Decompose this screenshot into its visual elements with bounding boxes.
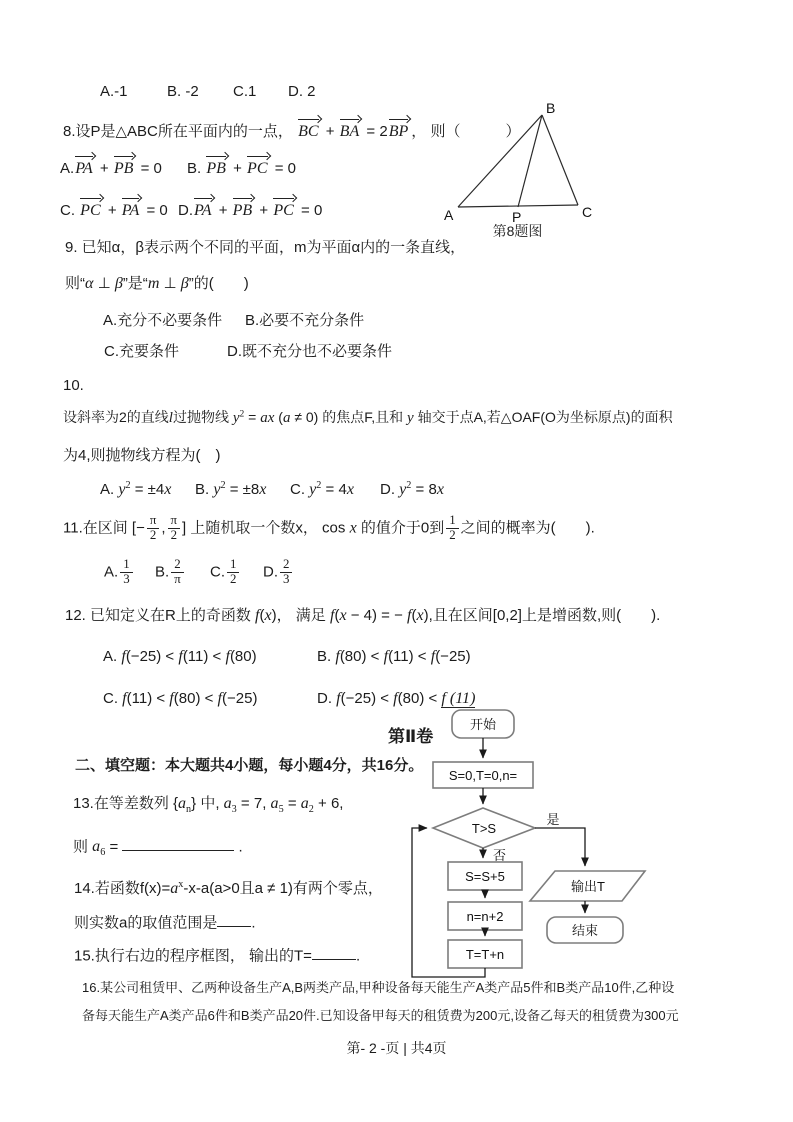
math-token: ,: [161, 519, 165, 536]
q11-options-row: A.13 B.2π C.12 D.23: [104, 558, 294, 587]
math-token: 12. 已知定义在R上的奇函数: [65, 607, 255, 624]
math-token: = 8: [411, 481, 436, 498]
math-token: a3: [224, 795, 237, 812]
math-token: D.: [380, 481, 399, 498]
q9-stem-line1: 9. 已知α，β表示两个不同的平面，m为平面α内的一条直线，: [65, 238, 465, 258]
math-token: A.: [60, 160, 74, 177]
q8-options-row-2: C. PC + PA = 0 D.PA + PB + PC = 0: [60, 197, 322, 222]
flow-arrow-yes-branch: [535, 828, 585, 866]
math-token: A.: [100, 481, 118, 498]
triangle-label-c: C: [582, 204, 592, 220]
math-token: +: [255, 202, 272, 219]
q10-options-row: A. y2 = ±4x B. y2 = ±8x C. y2 = 4x D. y2…: [100, 479, 444, 501]
q13-stem-line1: 13.在等差数列 {an} 中, a3 = 7, a5 = a2 + 6,: [73, 794, 343, 816]
flow-step3-label: T=T+n: [466, 947, 504, 962]
q7-options-row: A.-1 B. -2 C.1 D. 2: [100, 82, 316, 102]
math-token: +: [215, 202, 232, 219]
math-token: BC: [298, 121, 319, 143]
math-token: [312, 945, 356, 960]
math-token: y2: [399, 481, 411, 498]
math-token: m: [148, 275, 160, 292]
q15-flowchart: 开始 S=0,T=0,n= T>S 是 否 S=S+5 n=n+2 T=T+n …: [405, 700, 650, 992]
math-token: C.: [290, 481, 309, 498]
math-token: A.: [104, 563, 118, 580]
math-token: a6: [92, 838, 105, 855]
q9-option-c: C.充要条件: [104, 342, 227, 362]
math-token: 11.在区间 [−: [63, 519, 145, 536]
math-token: ⊥: [93, 275, 114, 292]
math-token: 则实数a的取值范围是: [74, 914, 217, 931]
math-token: [217, 912, 251, 927]
q10-option-d: D. y2 = 8x: [380, 479, 444, 501]
flow-end-label: 结束: [572, 923, 598, 938]
flow-no-label: 否: [493, 848, 506, 863]
math-token: -x-a(a>0且a ≠ 1)有两个零点，: [183, 880, 383, 897]
q12-option-b: B. f(80) < f(11) < f(−25): [317, 647, 471, 668]
q7-option-b: B. -2: [167, 82, 233, 102]
math-token: D.: [263, 563, 278, 580]
math-token: β: [115, 275, 123, 292]
q11-option-b: B.2π: [155, 558, 210, 587]
math-token: (80) <: [174, 690, 218, 707]
q8-diagram-caption: 第8题图: [450, 221, 585, 241]
math-token: ax: [260, 410, 274, 426]
q9-stem-line2: 则“α ⊥ β”是“m ⊥ β”的( ): [65, 274, 249, 295]
q10-option-b: B. y2 = ±8x: [195, 479, 290, 501]
math-token: B.: [195, 481, 213, 498]
q12-stem: 12. 已知定义在R上的奇函数 f(x)， 满足 f(x − 4) = − f(…: [65, 606, 660, 627]
math-token: +: [322, 123, 339, 140]
flow-output-label: 输出T: [571, 879, 605, 894]
math-token: = ±4: [131, 481, 165, 498]
math-token: A.: [103, 648, 121, 665]
math-token: + 6,: [314, 795, 344, 812]
math-token: 则“: [65, 275, 85, 292]
math-token: π2: [147, 514, 160, 543]
math-token: C.: [103, 690, 122, 707]
triangle-label-b: B: [546, 100, 555, 116]
math-token: ax: [170, 880, 183, 897]
math-token: 13.在等差数列 {: [73, 795, 178, 812]
math-token: (11) <: [127, 690, 170, 707]
flow-init-label: S=0,T=0,n=: [449, 768, 517, 783]
math-token: 12: [446, 514, 458, 543]
math-token: D.: [317, 690, 336, 707]
math-token: B.: [317, 648, 335, 665]
q12-option-c: C. f(11) < f(80) < f(−25): [103, 689, 317, 710]
math-token: = 0: [271, 160, 296, 177]
q8-option-a: A.PA + PB = 0: [60, 155, 187, 180]
math-token: .: [234, 838, 242, 855]
q8-triangle-diagram: A B C P: [440, 100, 605, 225]
math-token: 过抛物线: [173, 409, 233, 425]
math-token: = 4: [321, 481, 346, 498]
math-token: } 中,: [191, 795, 224, 812]
math-token: (−25): [222, 690, 257, 707]
q12-options-row-1: A. f(−25) < f(11) < f(80) B. f(80) < f(1…: [103, 647, 471, 668]
math-token: PC: [80, 200, 101, 222]
math-token: BP: [389, 121, 409, 143]
q14-stem-line2: 则实数a的取值范围是.: [74, 912, 256, 933]
section2-header: 二、填空题：本大题共4小题，每小题4分，共16分。: [75, 756, 423, 776]
math-token: y2: [233, 409, 244, 425]
math-token: = 0: [297, 202, 322, 219]
math-token: an: [178, 795, 191, 812]
math-token: .: [356, 947, 360, 964]
math-token: x: [265, 607, 272, 624]
q13-stem-line2: 则 a6 = .: [73, 836, 243, 860]
math-token: ] 上随机取一个数x， cos: [182, 519, 350, 536]
q10-option-c: C. y2 = 4x: [290, 479, 380, 501]
math-token: +: [104, 202, 121, 219]
flow-start-label: 开始: [470, 717, 497, 732]
q9-option-a: A.充分不必要条件: [103, 311, 245, 331]
math-token: 之间的概率为( ).: [461, 519, 595, 536]
q9-options-row-2: C.充要条件 D.既不充分也不必要条件: [104, 342, 392, 362]
math-token: (−25) <: [126, 648, 179, 665]
triangle-side-bc: [542, 115, 578, 205]
flow-yes-label: 是: [546, 812, 559, 827]
exam-page: A.-1 B. -2 C.1 D. 2 8.设P是△ABC所在平面内的一点， B…: [0, 0, 793, 1122]
math-token: PB: [206, 158, 226, 180]
math-token: y: [407, 410, 414, 426]
math-token: x: [339, 607, 346, 624]
math-token: PA: [194, 200, 212, 222]
q8-option-b: B. PB + PC = 0: [187, 155, 296, 180]
math-token: y2: [213, 481, 225, 498]
q14-stem-line1: 14.若函数f(x)=ax-x-a(a>0且a ≠ 1)有两个零点，: [74, 878, 383, 900]
q11-option-d: D.23: [263, 558, 294, 587]
math-token: D.: [178, 202, 193, 219]
math-token: =: [284, 795, 301, 812]
math-token: β: [181, 275, 189, 292]
math-token: 14.若函数f(x)=: [74, 880, 170, 897]
math-token: 则: [73, 838, 92, 855]
math-token: 8.设P是△ABC所在平面内的一点，: [63, 123, 297, 140]
math-token: = ±8: [226, 481, 260, 498]
q10-number: 10.: [63, 376, 84, 396]
math-token: .: [251, 914, 255, 931]
math-token: = 0: [136, 160, 161, 177]
q10-stem-line1: 设斜率为2的直线l过抛物线 y2 = ax (a ≠ 0) 的焦点F,且和 y …: [63, 408, 673, 428]
flow-step2-label: n=n+2: [467, 909, 504, 924]
math-token: = 2: [362, 123, 387, 140]
math-token: x: [437, 481, 444, 498]
q7-option-a: A.-1: [100, 82, 167, 102]
math-token: +: [96, 160, 113, 177]
q9-option-b: B.必要不充分条件: [245, 311, 364, 331]
math-token: 15.执行右边的程序框图， 输出的T=: [74, 947, 312, 964]
math-token: x: [347, 481, 354, 498]
math-token: B.: [155, 563, 169, 580]
math-token: PA: [122, 200, 140, 222]
q9-option-d: D.既不充分也不必要条件: [227, 342, 392, 362]
math-token: = 7,: [237, 795, 271, 812]
math-token: ),且在区间[0,2]上是增函数,则( ).: [424, 607, 661, 624]
page-footer: 第- 2 -页 | 共4页: [0, 1038, 793, 1058]
math-token: x: [259, 481, 266, 498]
math-token: [122, 836, 234, 851]
q7-option-d: D. 2: [288, 82, 316, 102]
q11-option-c: C.12: [210, 558, 263, 587]
math-token: (80) <: [340, 648, 384, 665]
math-token: x: [350, 519, 357, 536]
math-token: PB: [233, 200, 253, 222]
math-token: y2: [309, 481, 321, 498]
math-token: y2: [118, 481, 130, 498]
math-token: =: [244, 409, 260, 425]
math-token: (−25): [435, 648, 470, 665]
math-token: 2π: [171, 558, 184, 587]
math-token: ≠ 0) 的焦点F,且和: [290, 409, 407, 425]
math-token: x: [417, 607, 424, 624]
math-token: 13: [120, 558, 132, 587]
math-token: = 0: [142, 202, 167, 219]
q10-stem-line2: 为4,则抛物线方程为( ): [63, 446, 221, 466]
math-token: =: [105, 838, 122, 855]
math-token: +: [229, 160, 246, 177]
math-token: a2: [301, 795, 314, 812]
math-token: ⊥: [159, 275, 180, 292]
q11-stem: 11.在区间 [−π2,π2] 上随机取一个数x， cos x 的值介于0到12…: [63, 514, 595, 543]
math-token: 23: [280, 558, 292, 587]
math-token: (11) <: [183, 648, 226, 665]
math-token: ”是“: [123, 275, 148, 292]
q8-option-d: D.PA + PB + PC = 0: [178, 197, 322, 222]
q11-option-a: A.13: [104, 558, 155, 587]
math-token: B.: [187, 160, 205, 177]
flow-condition-label: T>S: [472, 821, 497, 836]
math-token: x: [164, 481, 171, 498]
math-token: PA: [75, 158, 93, 180]
q10-option-a: A. y2 = ±4x: [100, 479, 195, 501]
math-token: − 4) = −: [347, 607, 407, 624]
math-token: PB: [114, 158, 134, 180]
math-token: 轴交于点A,若△OAF(O为坐标原点)的面积: [414, 409, 673, 425]
math-token: C.: [210, 563, 225, 580]
q15-stem: 15.执行右边的程序框图， 输出的T=.: [74, 945, 360, 966]
q16-stem-line2: 备每天能生产A类产品6件和B类产品20件.已知设备甲每天的租赁费为200元,设备…: [82, 1008, 679, 1025]
math-token: (80): [230, 648, 257, 665]
math-token: ”的( ): [189, 275, 249, 292]
math-token: 12: [227, 558, 239, 587]
q12-option-a: A. f(−25) < f(11) < f(80): [103, 647, 317, 668]
math-token: a5: [271, 795, 284, 812]
flow-step1-label: S=S+5: [465, 869, 505, 884]
math-token: (: [274, 409, 283, 425]
math-token: PC: [247, 158, 268, 180]
math-token: (11) <: [388, 648, 431, 665]
q7-option-c: C.1: [233, 82, 288, 102]
math-token: )， 满足: [272, 607, 330, 624]
q8-option-c: C. PC + PA = 0: [60, 197, 178, 222]
q9-options-row-1: A.充分不必要条件 B.必要不充分条件: [103, 311, 364, 331]
math-token: BA: [340, 121, 360, 143]
q8-options-row-1: A.PA + PB = 0 B. PB + PC = 0: [60, 155, 296, 180]
math-token: C.: [60, 202, 79, 219]
math-token: 设斜率为2的直线: [63, 409, 169, 425]
math-token: PC: [273, 200, 294, 222]
math-token: (−25) <: [341, 690, 394, 707]
math-token: π2: [168, 514, 181, 543]
math-token: 的值介于0到: [357, 519, 445, 536]
